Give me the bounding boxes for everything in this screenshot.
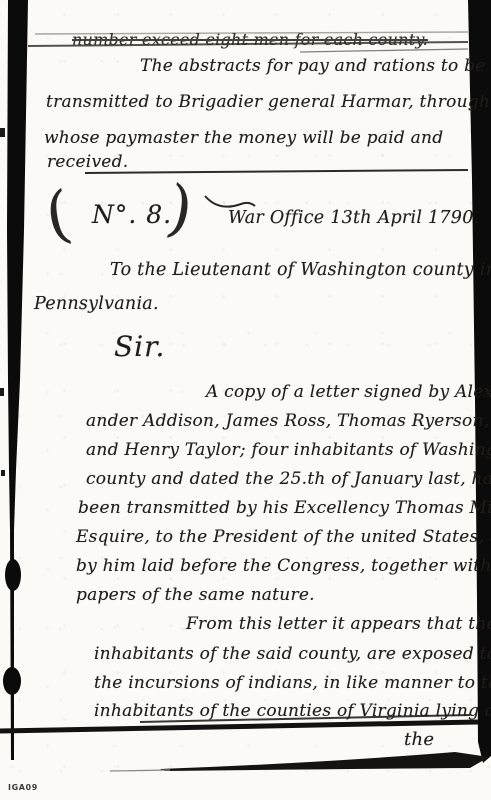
- manuscript-page: number exceed eight men for each county.…: [0, 0, 491, 800]
- page-edge-line: [110, 770, 170, 771]
- strikethrough-rule: [300, 49, 468, 52]
- page-edge-band: [160, 752, 489, 771]
- body-line: county and dated the 25.th of January la…: [86, 469, 491, 489]
- manuscript-line: The abstracts for pay and rations to be: [140, 56, 486, 76]
- section-rule: [85, 170, 468, 173]
- docket-flourish: [205, 196, 255, 207]
- body-line: papers of the same nature.: [76, 585, 315, 605]
- body-line: been transmitted by his Excellency Thoma…: [78, 498, 491, 518]
- body-line: inhabitants of the said county, are expo…: [94, 644, 491, 664]
- body-line: and Henry Taylor; four inhabitants of Wa…: [86, 440, 491, 460]
- body-line: A copy of a letter signed by Alex-: [206, 382, 491, 402]
- film-edge-left-blob: [5, 559, 21, 591]
- film-edge-speck: [0, 128, 5, 137]
- frame-label: IGA09: [8, 783, 38, 792]
- film-edge-speck: [0, 388, 4, 396]
- manuscript-line: whose paymaster the money will be paid a…: [44, 128, 443, 148]
- manuscript-line: transmitted to Brigadier general Harmar,…: [46, 92, 490, 112]
- body-line: ander Addison, James Ross, Thomas Ryerso…: [86, 411, 489, 431]
- docket-number: N°. 8.: [92, 200, 172, 229]
- body-line: From this letter it appears that the: [186, 614, 491, 634]
- film-edge-left: [7, 0, 28, 760]
- manuscript-line: received.: [47, 152, 128, 172]
- address-line: To the Lieutenant of Washington county i…: [110, 260, 491, 280]
- film-edge-left-blob: [3, 667, 21, 695]
- body-line: Esquire, to the President of the united …: [76, 527, 491, 547]
- body-line: inhabitants of the counties of Virginia …: [94, 701, 491, 721]
- film-edge-speck: [1, 470, 5, 476]
- dateline: War Office 13th April 1790.: [228, 208, 479, 228]
- body-line: the incursions of indians, in like manne…: [94, 673, 491, 693]
- catchword: the: [404, 729, 434, 750]
- body-line: by him laid before the Congress, togethe…: [76, 556, 491, 576]
- struck-line: number exceed eight men for each county.: [72, 30, 428, 49]
- address-line: Pennsylvania.: [34, 294, 159, 314]
- salutation: Sir.: [114, 330, 165, 363]
